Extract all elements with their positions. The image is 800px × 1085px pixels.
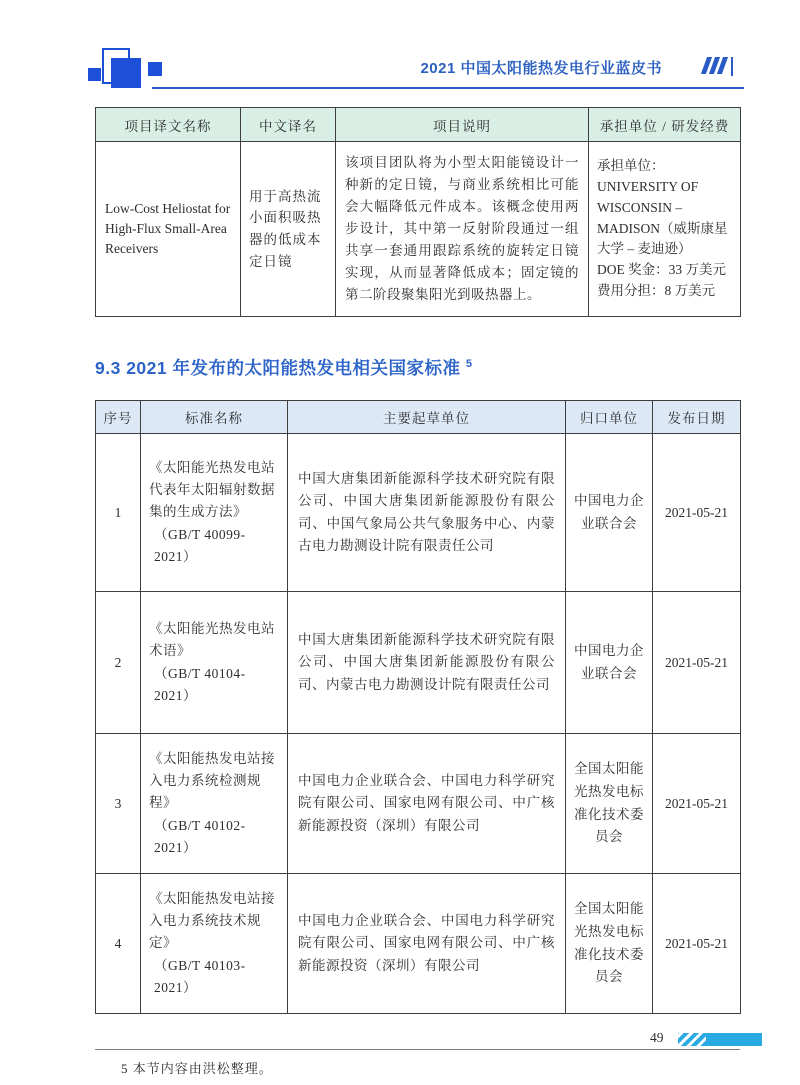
serial-no-cell: 3 — [96, 734, 141, 874]
publish-date-cell: 2021-05-21 — [653, 734, 741, 874]
serial-no-cell: 2 — [96, 592, 141, 734]
funder-line: UNIVERSITY OF WISCONSIN – MADISON（威斯康星大学… — [597, 177, 732, 261]
standards-table-row: 3 《太阳能热发电站接入电力系统检测规程》 （GB/T 40102-2021） … — [96, 734, 741, 874]
standards-table: 序号 标准名称 主要起草单位 归口单位 发布日期 1 《太阳能光热发电站代表年太… — [95, 400, 741, 1014]
serial-no-cell: 4 — [96, 874, 141, 1014]
project-table-header-row: 项目译文名称 中文译名 项目说明 承担单位 / 研发经费 — [96, 108, 741, 142]
standard-name-cell: 《太阳能光热发电站代表年太阳辐射数据集的生成方法》 （GB/T 40099-20… — [141, 434, 288, 592]
serial-no-cell: 1 — [96, 434, 141, 592]
drafters-cell: 中国电力企业联合会、中国电力科学研究院有限公司、国家电网有限公司、中广核新能源投… — [288, 874, 566, 1014]
standard-name-cell: 《太阳能热发电站接入电力系统技术规定》 （GB/T 40103-2021） — [141, 874, 288, 1014]
drafters-cell: 中国电力企业联合会、中国电力科学研究院有限公司、国家电网有限公司、中广核新能源投… — [288, 734, 566, 874]
footer-stripe-bar-icon — [678, 1033, 762, 1046]
column-header-drafters: 主要起草单位 — [288, 401, 566, 434]
column-header-project-name-en: 项目译文名称 — [96, 108, 241, 142]
standard-code: （GB/T 40102-2021） — [149, 815, 279, 860]
project-funder-cell: 承担单位： UNIVERSITY OF WISCONSIN – MADISON（… — [589, 142, 741, 317]
publish-date-cell: 2021-05-21 — [653, 434, 741, 592]
standards-table-header-row: 序号 标准名称 主要起草单位 归口单位 发布日期 — [96, 401, 741, 434]
column-header-authority: 归口单位 — [566, 401, 653, 434]
standard-code: （GB/T 40104-2021） — [149, 663, 279, 708]
footnote-separator — [95, 1049, 740, 1050]
section-heading-text: 9.3 2021 年发布的太阳能热发电相关国家标准 — [95, 358, 460, 378]
standard-code: （GB/T 40103-2021） — [149, 955, 279, 1000]
standard-name-cell: 《太阳能光热发电站术语》 （GB/T 40104-2021） — [141, 592, 288, 734]
authority-cell: 中国电力企业联合会 — [566, 592, 653, 734]
section-footnote-ref: 5 — [466, 358, 473, 370]
drafters-cell: 中国大唐集团新能源科学技术研究院有限公司、中国大唐集团新能源股份有限公司、中国气… — [288, 434, 566, 592]
column-header-project-description: 项目说明 — [336, 108, 589, 142]
column-header-standard-name: 标准名称 — [141, 401, 288, 434]
standard-code: （GB/T 40099-2021） — [149, 524, 279, 569]
page-content: 项目译文名称 中文译名 项目说明 承担单位 / 研发经费 Low-Cost He… — [95, 0, 740, 1077]
funder-line: 费用分担：8 万美元 — [597, 281, 732, 302]
funder-line: DOE 奖金：33 万美元 — [597, 260, 732, 281]
standard-title: 《太阳能热发电站接入电力系统检测规程》 — [149, 748, 279, 815]
standard-title: 《太阳能光热发电站术语》 — [149, 618, 279, 663]
standards-table-row: 4 《太阳能热发电站接入电力系统技术规定》 （GB/T 40103-2021） … — [96, 874, 741, 1014]
column-header-serial-no: 序号 — [96, 401, 141, 434]
standard-title: 《太阳能热发电站接入电力系统技术规定》 — [149, 888, 279, 955]
project-description-cell: 该项目团队将为小型太阳能镜设计一种新的定日镜，与商业系统相比可能会大幅降低元件成… — [336, 142, 589, 317]
drafters-cell: 中国大唐集团新能源科学技术研究院有限公司、中国大唐集团新能源股份有限公司、内蒙古… — [288, 592, 566, 734]
publish-date-cell: 2021-05-21 — [653, 592, 741, 734]
project-table: 项目译文名称 中文译名 项目说明 承担单位 / 研发经费 Low-Cost He… — [95, 107, 741, 317]
project-table-row: Low-Cost Heliostat for High-Flux Small-A… — [96, 142, 741, 317]
section-heading: 9.3 2021 年发布的太阳能热发电相关国家标准 5 — [95, 355, 740, 380]
publish-date-cell: 2021-05-21 — [653, 874, 741, 1014]
funder-line: 承担单位： — [597, 156, 732, 177]
standard-name-cell: 《太阳能热发电站接入电力系统检测规程》 （GB/T 40102-2021） — [141, 734, 288, 874]
footer-bar-stripes-icon — [678, 1033, 706, 1046]
footer-bar-solid-icon — [706, 1033, 762, 1046]
project-name-zh-cell: 用于高热流小面积吸热器的低成本定日镜 — [241, 142, 336, 317]
authority-cell: 中国电力企业联合会 — [566, 434, 653, 592]
column-header-project-funder: 承担单位 / 研发经费 — [589, 108, 741, 142]
standard-title: 《太阳能光热发电站代表年太阳辐射数据集的生成方法》 — [149, 457, 279, 524]
authority-cell: 全国太阳能光热发电标准化技术委员会 — [566, 734, 653, 874]
footnote-text: 5 本节内容由洪松整理。 — [95, 1058, 740, 1077]
standards-table-row: 1 《太阳能光热发电站代表年太阳辐射数据集的生成方法》 （GB/T 40099-… — [96, 434, 741, 592]
standards-table-row: 2 《太阳能光热发电站术语》 （GB/T 40104-2021） 中国大唐集团新… — [96, 592, 741, 734]
column-header-publish-date: 发布日期 — [653, 401, 741, 434]
authority-cell: 全国太阳能光热发电标准化技术委员会 — [566, 874, 653, 1014]
project-name-en-cell: Low-Cost Heliostat for High-Flux Small-A… — [96, 142, 241, 317]
page-number: 49 — [650, 1030, 664, 1046]
column-header-project-name-zh: 中文译名 — [241, 108, 336, 142]
